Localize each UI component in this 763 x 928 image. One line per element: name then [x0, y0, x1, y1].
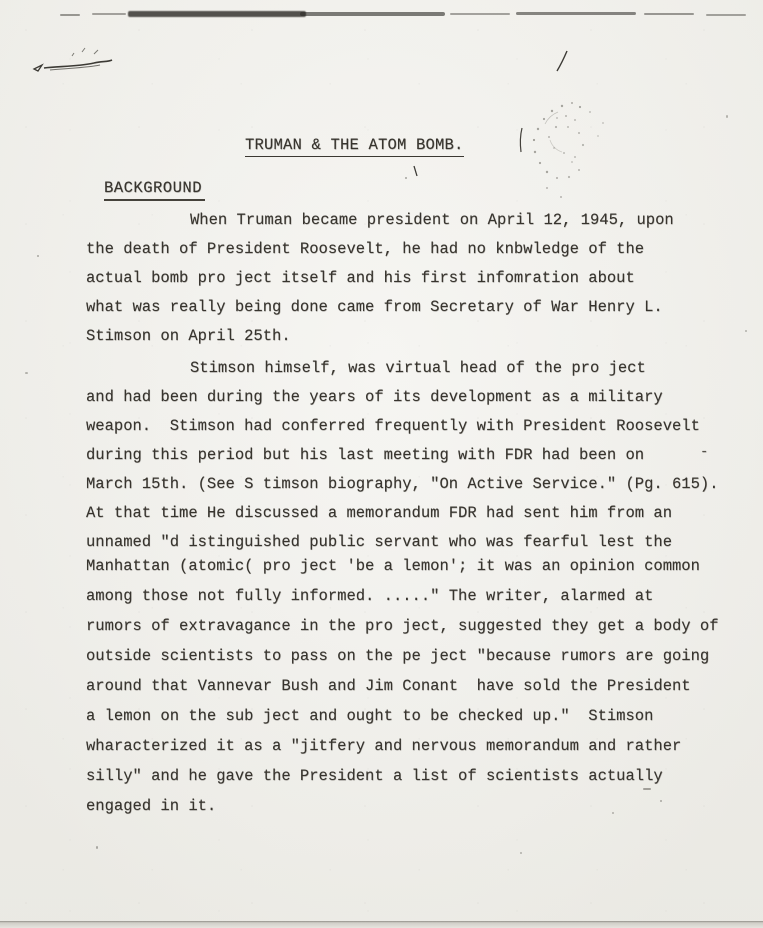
paragraph-1: When Truman became president on April 12…	[86, 206, 734, 351]
text-line: When Truman became president on April 12…	[86, 206, 734, 235]
text-line: Stimson on April 25th.	[86, 322, 734, 351]
section-heading: BACKGROUND	[104, 179, 205, 201]
text-line: actual bomb pro ject itself and his firs…	[86, 264, 734, 293]
text-line: wharacterized it as a "jitfery and nervo…	[86, 731, 734, 761]
stamp-smudge	[520, 96, 620, 206]
stray-apostrophe-mark	[404, 164, 422, 182]
text-line: silly" and he gave the President a list …	[86, 761, 734, 791]
text-line: engaged in it.	[86, 791, 734, 821]
text-line: what was really being done came from Sec…	[86, 293, 734, 322]
scan-noise-top	[0, 0, 763, 26]
text-line: Manhattan (atomic( pro ject 'be a lemon'…	[86, 551, 734, 581]
document-page: TRUMAN & THE ATOM BOMB. BACKGROUND When …	[0, 0, 763, 928]
paragraph-3: Manhattan (atomic( pro ject 'be a lemon'…	[86, 551, 734, 821]
text-line: rumors of extravagance in the pro ject, …	[86, 611, 734, 641]
text-line: around that Vannevar Bush and Jim Conant…	[86, 671, 734, 701]
text-line: during this period but his last meeting …	[86, 441, 734, 470]
paper-speck	[745, 330, 747, 332]
text-line: among those not fully informed. ....." T…	[86, 581, 734, 611]
paper-speck	[643, 788, 651, 790]
text-line: outside scientists to pass on the pe jec…	[86, 641, 734, 671]
paper-speck	[660, 800, 662, 802]
pencil-scribble	[28, 44, 148, 74]
text-line: a lemon on the sub ject and ought to be …	[86, 701, 734, 731]
paper-speck	[520, 852, 522, 854]
paper-speck	[96, 846, 98, 849]
text-line: At that time He discussed a memorandum F…	[86, 499, 734, 528]
paper-speck	[25, 372, 28, 374]
page-bottom-edge	[0, 921, 763, 928]
text-line: and had been during the years of its dev…	[86, 383, 734, 412]
text-line: the death of President Roosevelt, he had…	[86, 235, 734, 264]
text-line: March 15th. (See S timson biography, "On…	[86, 470, 734, 499]
paper-speck	[726, 115, 728, 118]
paragraph-2: Stimson himself, was virtual head of the…	[86, 354, 734, 557]
stray-slash-mark	[552, 48, 572, 74]
paper-speck	[612, 812, 614, 814]
paper-speck	[37, 255, 39, 257]
text-line: Stimson himself, was virtual head of the…	[86, 354, 734, 383]
text-line: weapon. Stimson had conferred frequently…	[86, 412, 734, 441]
document-title: TRUMAN & THE ATOM BOMB.	[245, 136, 464, 157]
stray-tick-mark	[516, 126, 526, 154]
